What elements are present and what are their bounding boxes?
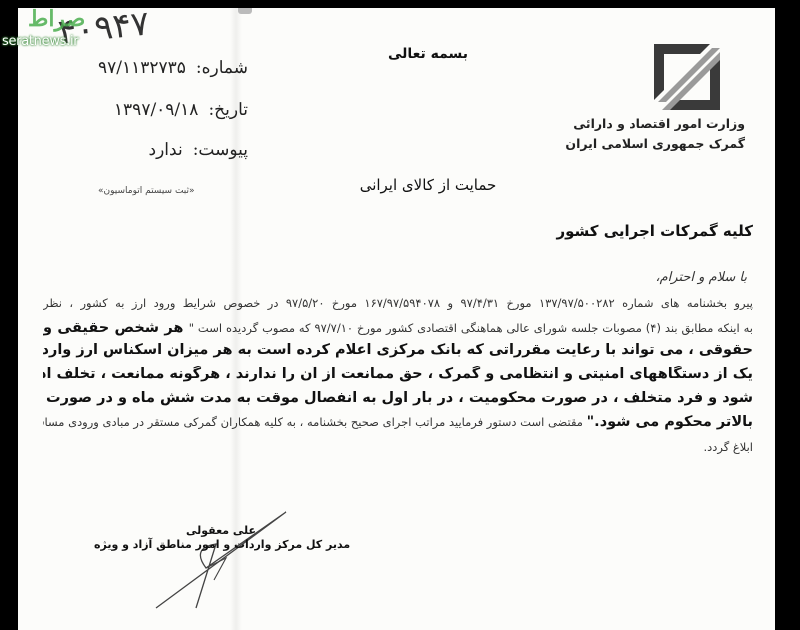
body-line-1: پیرو بخشنامه های شماره ۱۳۷/۹۷/۵۰۰۲۸۲ مور… xyxy=(43,296,753,310)
body-line-6-text: مقتضی است دستور فرمایید مراتب اجرای صحیح… xyxy=(43,415,587,429)
body-line-6-bold: بالاتر محکوم می شود." xyxy=(587,414,753,430)
automation-note: «ثبت سیستم اتوماسیون» xyxy=(98,186,195,196)
signer-name: علی معقولی xyxy=(186,524,256,537)
attachment-value: ندارد xyxy=(149,140,183,160)
letter-number-row: شماره:۹۷/۱۱۳۲۷۳۵ xyxy=(58,58,248,78)
body-line-2: به اینکه مطابق بند (۴) مصوبات جلسه شورای… xyxy=(43,320,753,336)
attachment-label: پیوست: xyxy=(193,140,248,160)
number-label: شماره: xyxy=(196,58,248,78)
signer-title: مدیر کل مرکز واردات و امور مناطق آزاد و … xyxy=(94,538,350,551)
letter-page: ۴۰۹۴۷ شماره:۹۷/۱۱۳۲۷۳۵ تاریخ:۱۳۹۷/۰۹/۱۸ … xyxy=(18,8,775,630)
body-line-2-bold: هر شخص حقیقی و xyxy=(43,320,189,336)
body-line-6: بالاتر محکوم می شود." مقتضی است دستور فر… xyxy=(43,414,753,430)
date-label: تاریخ: xyxy=(208,100,248,120)
customs-logo-icon xyxy=(650,40,724,114)
slogan: حمایت از کالای ایرانی xyxy=(318,176,538,194)
body-line-2-text: به اینکه مطابق بند (۴) مصوبات جلسه شورای… xyxy=(189,321,753,335)
ministry-name: وزارت امور اقتصاد و دارائی xyxy=(525,116,745,131)
recipient: کلیه گمرکات اجرایی کشور xyxy=(556,222,753,240)
body-line-4: یک از دستگاههای امنیتی و انتظامی و گمرک … xyxy=(43,366,753,382)
attachment-row: پیوست:ندارد xyxy=(58,140,248,160)
customs-name: گمرک جمهوری اسلامی ایران xyxy=(525,136,745,151)
body-line-7: ابلاغ گردد. xyxy=(704,440,754,454)
body-line-3: حقوقی ، می تواند با رعایت مقرراتی که بان… xyxy=(43,342,753,358)
greeting: با سلام و احترام، xyxy=(655,270,747,285)
date-value: ۱۳۹۷/۰۹/۱۸ xyxy=(114,100,199,120)
number-value: ۹۷/۱۱۳۲۷۳۵ xyxy=(98,58,186,78)
binder-clip-shadow xyxy=(238,8,252,14)
bismillah-heading: بسمه تعالی xyxy=(338,46,518,62)
watermark: صراط seratnews.ir xyxy=(2,6,112,50)
body-line-5: شود و فرد متخلف ، در صورت محکومیت ، در ب… xyxy=(43,390,753,406)
letter-date-row: تاریخ:۱۳۹۷/۰۹/۱۸ xyxy=(58,100,248,120)
watermark-logo: صراط xyxy=(28,6,85,32)
watermark-site: seratnews.ir xyxy=(2,34,78,49)
